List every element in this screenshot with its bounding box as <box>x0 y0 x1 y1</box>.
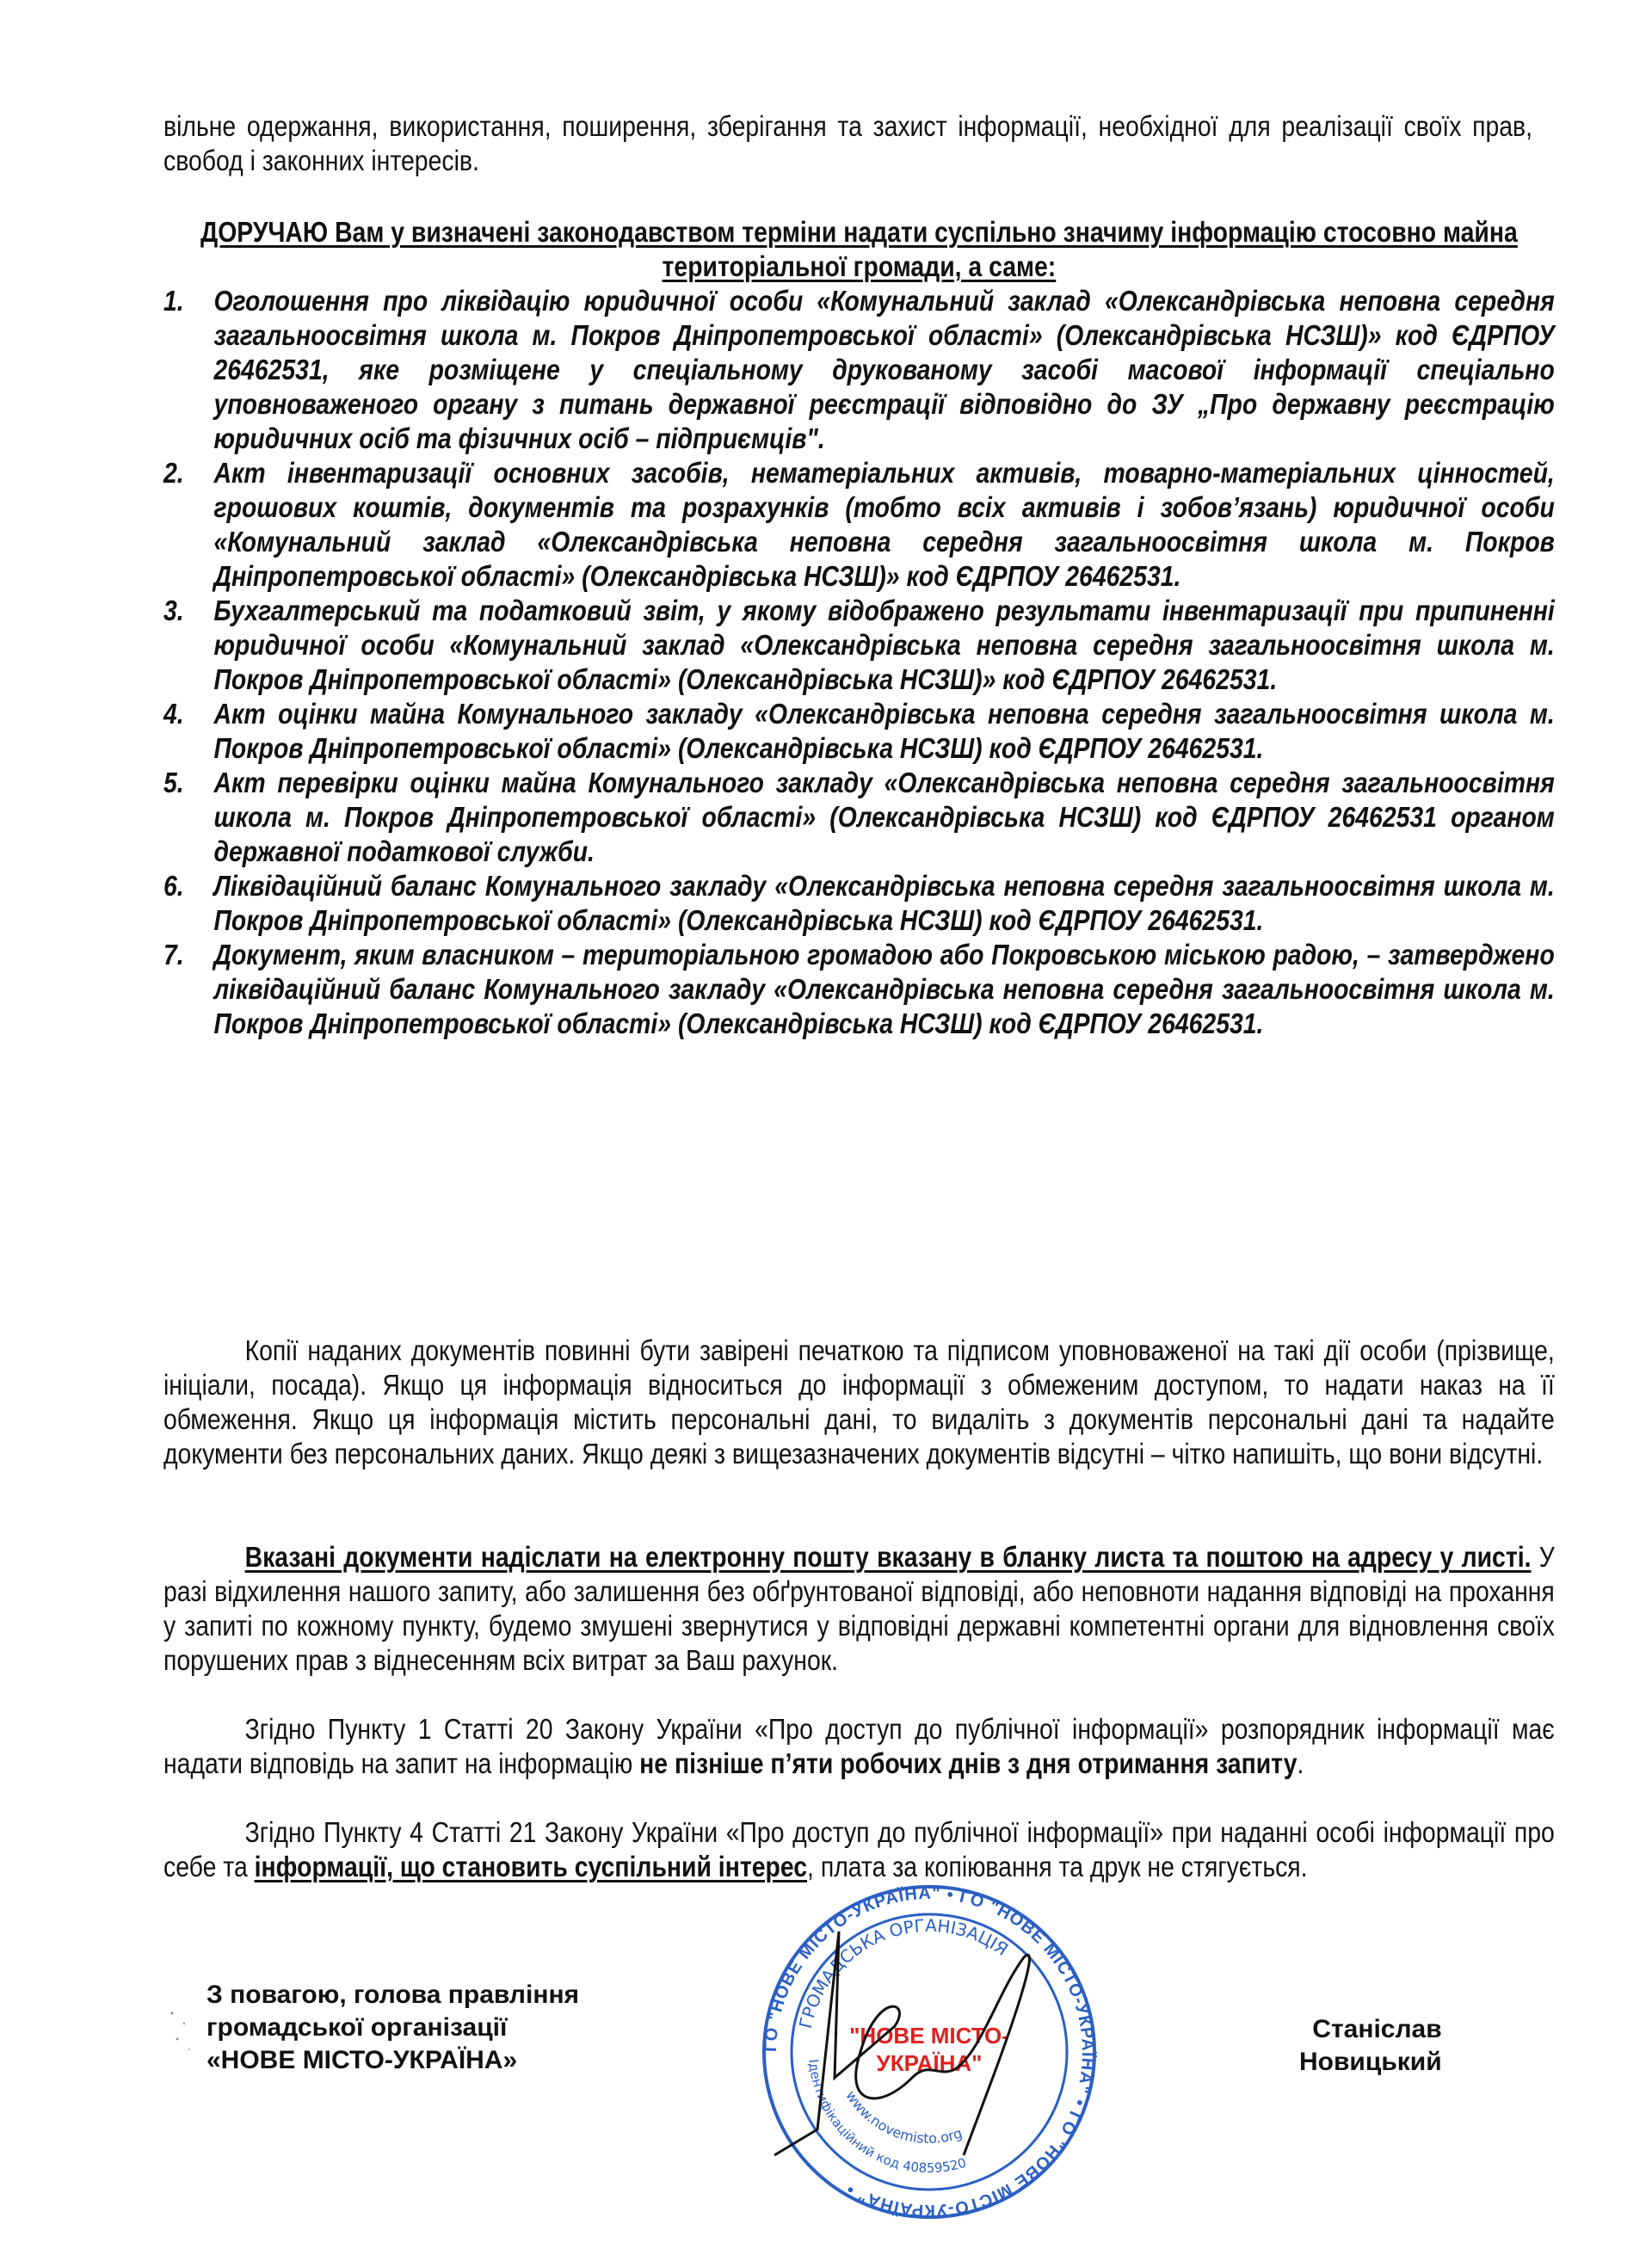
list-item: 5.Акт перевірки оцінки майна Комунальног… <box>163 766 1555 869</box>
item-number: 3. <box>163 594 184 628</box>
send-instruction: Вказані документи надіслати на електронн… <box>245 1541 1532 1573</box>
article20-tail: . <box>1298 1747 1304 1779</box>
item-number: 4. <box>163 697 184 731</box>
article20-paragraph: Згідно Пункту 1 Статті 20 Закону України… <box>163 1712 1555 1781</box>
svg-text:Ідентифікаційний код 40859520: Ідентифікаційний код 40859520 <box>805 2059 968 2176</box>
list-item: 4.Акт оцінки майна Комунального закладу … <box>163 697 1555 766</box>
list-item: 3.Бухгалтерський та податковий звіт, у я… <box>163 594 1555 697</box>
list-item: 7.Документ, яким власником – територіаль… <box>163 938 1555 1041</box>
item-text: Акт оцінки майна Комунального закладу «О… <box>213 697 1554 766</box>
item-text: Документ, яким власником – територіально… <box>213 938 1554 1041</box>
list-item: 6.Ліквідаційний баланс Комунального закл… <box>163 869 1555 938</box>
requested-documents-list: 1.Оголошення про ліквідацію юридичної ос… <box>163 284 1555 1041</box>
item-number: 5. <box>163 766 184 800</box>
list-item: 1.Оголошення про ліквідацію юридичної ос… <box>163 284 1555 456</box>
article20-deadline: не пізніше п’яти робочих днів з дня отри… <box>639 1747 1297 1779</box>
closing-line: З повагою, голова правління <box>206 1979 579 2012</box>
item-number: 1. <box>163 284 184 318</box>
letter-page: вільне одержання, використання, поширенн… <box>0 0 1652 2255</box>
item-text: Акт перевірки оцінки майна Комунального … <box>213 766 1554 869</box>
signatory-name: Станіслав Новицький <box>1299 2013 1442 2079</box>
list-item: 2.Акт інвентаризації основних засобів, н… <box>163 456 1555 594</box>
item-text: Ліквідаційний баланс Комунального заклад… <box>213 869 1554 938</box>
article21-paragraph: Згідно Пункту 4 Статті 21 Закону України… <box>163 1815 1555 1884</box>
request-heading-text: ДОРУЧАЮ Вам у визначені законодавством т… <box>200 216 1518 282</box>
item-number: 2. <box>163 456 184 490</box>
request-heading: ДОРУЧАЮ Вам у визначені законодавством т… <box>163 215 1555 284</box>
item-text: Акт інвентаризації основних засобів, нем… <box>213 456 1554 594</box>
item-number: 7. <box>163 938 184 972</box>
organization-type-line: громадської організації <box>206 2012 579 2044</box>
item-number: 6. <box>163 869 184 903</box>
article21-emphasis: інформації, що становить суспільний інте… <box>255 1851 807 1882</box>
item-text: Оголошення про ліквідацію юридичної особ… <box>213 284 1554 456</box>
send-paragraph: Вказані документи надіслати на електронн… <box>163 1540 1555 1678</box>
organization-name-line: «НОВЕ МІСТО-УКРАЇНА» <box>206 2044 579 2077</box>
intro-paragraph: вільне одержання, використання, поширенн… <box>163 109 1532 178</box>
article21-tail: , плата за копіювання та друк не стягуєт… <box>807 1851 1308 1882</box>
svg-text:УКРАЇНА": УКРАЇНА" <box>877 2050 983 2076</box>
item-text: Бухгалтерський та податковий звіт, у яко… <box>213 594 1554 697</box>
signature-block-title: З повагою, голова правління громадської … <box>206 1979 579 2077</box>
signatory-last-name: Новицький <box>1299 2046 1442 2079</box>
signatory-first-name: Станіслав <box>1299 2013 1442 2046</box>
organization-stamp: ГО "НОВЕ МІСТО-УКРАЇНА" • ГО "НОВЕ МІСТО… <box>757 1880 1101 2224</box>
copies-paragraph: Копії наданих документів повинні бути за… <box>163 1334 1555 1471</box>
scan-specks <box>163 2005 198 2056</box>
